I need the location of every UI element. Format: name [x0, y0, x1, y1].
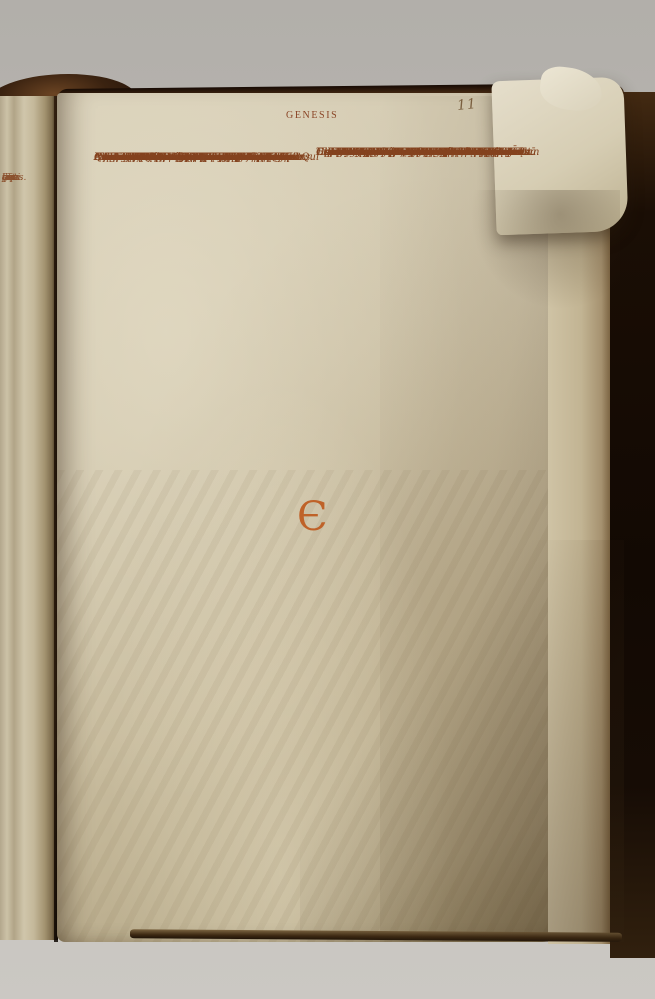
folio-number: 11: [456, 96, 477, 114]
photo-shadow-overlay: [300, 540, 624, 942]
fragment-line: aq.: [2, 172, 16, 185]
manuscript-line: so aūt emor patre sichem ut loqueret̄: [324, 146, 516, 160]
chapter-initial-letter: Є: [297, 497, 328, 537]
facing-page-edges: [0, 96, 58, 940]
running-title: GENESIS: [286, 110, 338, 121]
manuscript-line: mi ioseph & rachel adorauer. Ait: [103, 151, 271, 164]
manuscript-photo: GENESIS 11 munera ante eū. ipse uero man…: [0, 0, 655, 999]
flap-shadow: [470, 190, 620, 310]
